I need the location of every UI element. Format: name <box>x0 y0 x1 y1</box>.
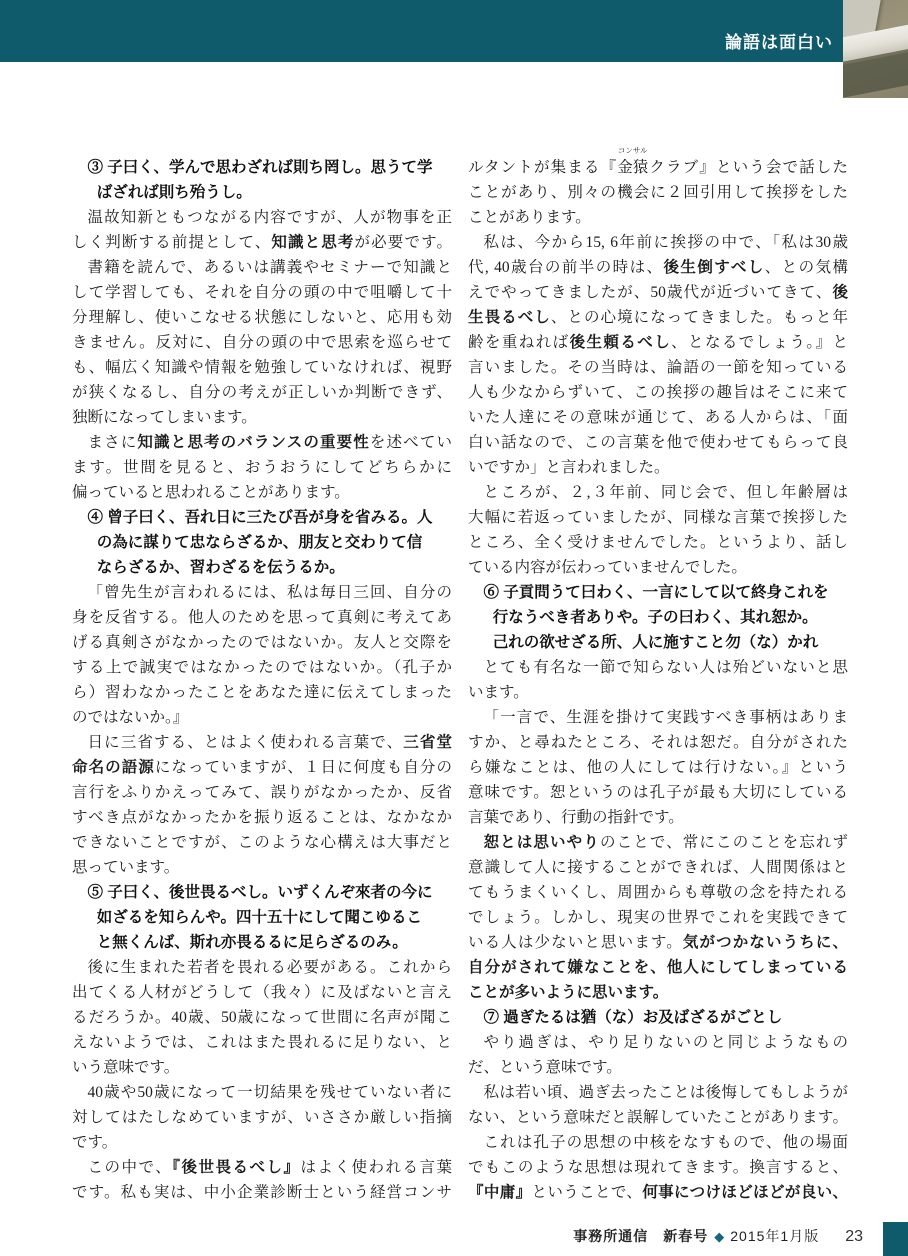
bold-text-segment: 気がつかないうちに、 <box>683 934 848 951</box>
text-segment: 思っています。 <box>72 859 179 876</box>
body-text-line: 出てくる人材がどうして（我々）に及ばないと言え <box>72 980 452 1005</box>
text-segment: 身を反省する。他人のためを思って真剣に考えてあ <box>72 609 452 626</box>
body-text-line: すか、と尋ねたところ、それは恕だ。自分がされた <box>468 730 848 755</box>
body-text-line: ルタントが集まる『コンサル金猿クラブ』という会で話した <box>468 155 848 180</box>
body-text-line: 「曾先生が言われるには、私は毎日三回、自分の <box>72 580 452 605</box>
body-text-line: でしょう。しかし、現実の世界でこれを実践できて <box>468 905 848 930</box>
body-text-line: しく判断する前提として、知識と思考が必要です。 <box>72 230 452 255</box>
text-segment: はよく使われる言葉 <box>300 1159 452 1176</box>
column-right: ルタントが集まる『コンサル金猿クラブ』という会で話したことがあり、別々の機会に２… <box>468 155 848 1205</box>
body-text-line: 40歳や50歳になって一切結果を残せていない者に <box>72 1080 452 1105</box>
body-text-line: これは孔子の思想の中核をなすもので、他の場面 <box>468 1130 848 1155</box>
text-segment: コンサル金猿 <box>617 155 648 180</box>
passage-heading-line: ばざれば則ち殆うし。 <box>72 180 452 205</box>
text-segment: きません。反対に、自分の頭の中で思索を巡らせて <box>72 334 452 351</box>
footer-publication: 事務所通信 新春号 <box>573 1226 708 1246</box>
body-text-line: いですか」と言われました。 <box>468 455 848 480</box>
body-text-line: 言葉であり、行動の指針です。 <box>468 805 848 830</box>
text-segment: 「一言で、生涯を掛けて実践すべき事柄はありま <box>484 709 849 726</box>
passage-heading-line: ④ 曾子曰く、吾れ日に三たび吾が身を省みる。人 <box>72 505 452 530</box>
text-segment: すべき点がなかったかを振り返ることは、なかなか <box>72 809 452 826</box>
body-text-line: ことが多いように思います。 <box>468 980 848 1005</box>
text-segment: 言行をふりかえってみて、誤りがなかったか、反省 <box>72 784 452 801</box>
bold-text-segment: 知識と思考 <box>271 234 354 251</box>
bold-text-segment: 命名の語源 <box>72 759 155 776</box>
text-segment: ⑦ 過ぎたるは猶（な）お及ばざるがごとし <box>484 1009 783 1026</box>
text-segment: ことがあります。 <box>468 209 591 226</box>
text-segment: ところが、２,３年前、同じ会で、但し年齢層は <box>484 484 849 501</box>
text-segment: 如ざるを知らんや。四十五十にして聞こゆるこ <box>97 909 422 926</box>
diamond-icon: ◆ <box>714 1229 724 1245</box>
text-segment: ③ 子曰く、学んで思わざれば則ち罔し。思うて学 <box>88 159 433 176</box>
text-segment: ことがあり、別々の機会に２回引用して挨拶をした <box>468 184 848 201</box>
body-text-line: ところ、全く受けませんでした。というより、話し <box>468 530 848 555</box>
text-segment: 独断になってしまいます。 <box>72 409 257 426</box>
footer-page-number: 23 <box>845 1228 863 1246</box>
text-segment: げる真剣さがなかったのではないか。友人と交際を <box>72 634 452 651</box>
passage-heading-line: ⑦ 過ぎたるは猶（な）お及ばざるがごとし <box>468 1005 848 1030</box>
text-segment: のことで、常にこのことを忘れず <box>600 834 848 851</box>
body-text-line: です。私も実は、中小企業診断士という経営コンサ <box>72 1180 452 1205</box>
bold-text-segment: 生畏るべし <box>468 309 551 326</box>
document-page: 論語は面白い ③ 子曰く、学んで思わざれば則ち罔し。思うて学ばざれば則ち殆うし。… <box>0 0 908 1256</box>
text-segment: 言葉であり、行動の指針です。 <box>468 809 684 826</box>
text-segment: ④ 曾子曰く、吾れ日に三たび吾が身を省みる。人 <box>88 509 433 526</box>
text-segment: 代, 40歳台の前半の時は、 <box>468 259 663 276</box>
body-text-line: やり過ぎは、やり足りないのと同じようなもの <box>468 1030 848 1055</box>
text-segment: えないようでは、これはまた畏れるに足りない、と <box>72 1034 452 1051</box>
column-left: ③ 子曰く、学んで思わざれば則ち罔し。思うて学ばざれば則ち殆うし。温故知新ともつ… <box>72 155 452 1205</box>
text-segment: えでやってきましたが、50歳代が近づいてきて、 <box>468 284 832 301</box>
bold-text-segment: 後生頼るべし <box>570 334 672 351</box>
text-segment: すか、と尋ねたところ、それは恕だ。自分がされた <box>468 734 848 751</box>
body-text-line: だ、という意味です。 <box>468 1055 848 1080</box>
body-text-line: ない、という意味だと誤解していたことがあります。 <box>468 1105 848 1130</box>
body-text-line: ら嫌なことは、他の人にしては行けない。』という <box>468 755 848 780</box>
text-segment: が必要です。 <box>355 234 452 251</box>
text-segment: です。 <box>72 1134 117 1151</box>
body-text-line: います。 <box>468 680 848 705</box>
body-text-line: えでやってきましたが、50歳代が近づいてきて、後 <box>468 280 848 305</box>
text-segment: 行なうべき者ありや。子の曰わく、其れ恕か。 <box>493 609 818 626</box>
text-segment: クラブ』という会で話した <box>648 159 848 176</box>
text-segment: 言いました。その当時は、論語の一節を知っている <box>468 359 848 376</box>
ruby-text: コンサル <box>618 147 648 155</box>
body-text-line: 言行をふりかえってみて、誤りがなかったか、反省 <box>72 780 452 805</box>
body-text-line: 命名の語源になっていますが、１日に何度も自分の <box>72 755 452 780</box>
bold-text-segment: 何事につけほどほどが良い、 <box>642 1184 848 1201</box>
text-segment: 意味です。恕というのは孔子が最も大切にしている <box>468 784 848 801</box>
body-text-line: ている内容が伝わっていませんでした。 <box>468 555 848 580</box>
text-segment: ない、という意味だと誤解していたことがあります。 <box>468 1109 848 1126</box>
body-text-line: すべき点がなかったかを振り返ることは、なかなか <box>72 805 452 830</box>
body-text-line: 対してはたしなめていますが、いささか厳しい指摘 <box>72 1105 452 1130</box>
text-segment: でしょう。しかし、現実の世界でこれを実践できて <box>468 909 848 926</box>
text-segment: 白い話なので、この言葉を他で使わせてもらって良 <box>468 434 848 451</box>
body-text-line: 私は、今から15, 6年前に挨拶の中で、「私は30歳 <box>468 230 848 255</box>
bold-text-segment: 知識と思考のバランスの重要性 <box>137 434 369 451</box>
text-segment: いう意味です。 <box>72 1059 179 1076</box>
text-segment: 私は若い頃、過ぎ去ったことは後悔してもしようが <box>484 1084 849 1101</box>
text-segment: 「曾先生が言われるには、私は毎日三回、自分の <box>88 584 453 601</box>
body-text-line: 後に生まれた若者を畏れる必要がある。これから <box>72 955 452 980</box>
body-text-line: できないことですが、このような心構えは大事だと <box>72 830 452 855</box>
text-segment: です。私も実は、中小企業診断士という経営コンサ <box>72 1184 452 1201</box>
text-segment: のではないか。』 <box>72 709 188 726</box>
books-photo <box>843 0 908 98</box>
text-segment: 日に三省する、とはよく使われる言葉で、 <box>88 734 404 751</box>
body-text-line: いう意味です。 <box>72 1055 452 1080</box>
header-bar: 論語は面白い <box>0 0 843 62</box>
text-segment: でもこのような思想は現れてきます。換言すると、 <box>468 1159 848 1176</box>
body-text-line: 日に三省する、とはよく使われる言葉で、三省堂 <box>72 730 452 755</box>
footer-edition: 2015年1月版 <box>730 1226 819 1246</box>
body-text-line: えないようでは、これはまた畏れるに足りない、と <box>72 1030 452 1055</box>
text-segment: 40歳や50歳になって一切結果を残せていない者に <box>88 1084 453 1101</box>
body-text-line: この中で、『後世畏るべし』はよく使われる言葉 <box>72 1155 452 1180</box>
bold-text-segment: 後生倒すべし <box>663 259 764 276</box>
page-header-title: 論語は面白い <box>725 28 833 53</box>
body-text-line: げる真剣さがなかったのではないか。友人と交際を <box>72 630 452 655</box>
text-segment: しく判断する前提として、 <box>72 234 271 251</box>
text-segment: 私は、今から15, 6年前に挨拶の中で、「私は30歳 <box>484 234 849 251</box>
body-text-line: ら）習わなかったことをあなた達に伝えてしまった <box>72 680 452 705</box>
passage-heading-line: の為に謀りて忠ならざるか、朋友と交わりて信 <box>72 530 452 555</box>
passage-heading-line: ⑤ 子曰く、後世畏るべし。いずくんぞ來者の今に <box>72 880 452 905</box>
passage-heading-line: ⑥ 子貢問うて曰わく、一言にして以て終身これを <box>468 580 848 605</box>
body-text-line: 『中庸』ということで、何事につけほどほどが良い、 <box>468 1180 848 1205</box>
text-segment: ら）習わなかったことをあなた達に伝えてしまった <box>72 684 452 701</box>
text-segment: てもうまくいくし、周囲からも尊敬の念を持たれる <box>468 884 848 901</box>
text-segment: を述べてい <box>370 434 452 451</box>
body-text-line: いた人達にその意味が通じて、ある人からは、「面 <box>468 405 848 430</box>
text-segment: ます。世間を見ると、おうおうにしてどちらかに <box>72 459 452 476</box>
text-segment: 意識して人に接することができれば、人間関係はと <box>468 859 848 876</box>
text-segment: 偏っていると思われることがあります。 <box>72 484 350 501</box>
body-text-line: とても有名な一節で知らない人は殆どいないと思 <box>468 655 848 680</box>
text-segment: も、幅広く知識や情報を勉強していなければ、視野 <box>72 359 452 376</box>
passage-heading-line: 己れの欲せざる所、人に施すこと勿（な）かれ <box>468 630 848 655</box>
body-text-line: きません。反対に、自分の頭の中で思索を巡らせて <box>72 330 452 355</box>
text-segment: 書籍を読んで、あるいは講義やセミナーで知識と <box>88 259 453 276</box>
text-segment: 、との心境になってきました。もっと年 <box>551 309 848 326</box>
body-text-line: ことがあり、別々の機会に２回引用して挨拶をした <box>468 180 848 205</box>
bold-text-segment: 後 <box>832 284 848 301</box>
body-text-line: 思っています。 <box>72 855 452 880</box>
text-segment: るだろうか。40歳、50歳になって世間に名声が聞こ <box>72 1009 452 1026</box>
body-text-line: が狭くなるし、自分の考えが正しいか判断できず、 <box>72 380 452 405</box>
body-text-line: 「一言で、生涯を掛けて実践すべき事柄はありま <box>468 705 848 730</box>
body-text-line: 私は若い頃、過ぎ去ったことは後悔してもしようが <box>468 1080 848 1105</box>
text-segment: いた人達にその意味が通じて、ある人からは、「面 <box>468 409 848 426</box>
text-segment: 人も少なからずいて、この挨拶の趣旨はそこに来て <box>468 384 848 401</box>
bold-text-segment: 恕とは思いやり <box>484 834 600 851</box>
body-text-line: 分理解し、使いこなせる状態にしないと、応用も効 <box>72 305 452 330</box>
footer-accent-block <box>883 1222 908 1256</box>
body-text-line: 白い話なので、この言葉を他で使わせてもらって良 <box>468 430 848 455</box>
body-text-line: 独断になってしまいます。 <box>72 405 452 430</box>
text-segment: ところ、全く受けませんでした。というより、話し <box>468 534 848 551</box>
text-segment: やり過ぎは、やり足りないのと同じようなもの <box>484 1034 849 1051</box>
text-segment: ら嫌なことは、他の人にしては行けない。』という <box>468 759 848 776</box>
body-text-line: する上で誠実ではなかったのではないか。（孔子か <box>72 655 452 680</box>
bold-text-segment: 『後世畏るべし』 <box>172 1159 300 1176</box>
text-segment: まさに <box>88 434 138 451</box>
passage-heading-line: 行なうべき者ありや。子の曰わく、其れ恕か。 <box>468 605 848 630</box>
body-text-line: てもうまくいくし、周囲からも尊敬の念を持たれる <box>468 880 848 905</box>
text-segment: だ、という意味です。 <box>468 1059 622 1076</box>
text-segment: 後に生まれた若者を畏れる必要がある。これから <box>88 959 453 976</box>
passage-heading-line: と無くんば、斯れ亦畏るるに足らざるのみ。 <box>72 930 452 955</box>
text-segment: できないことですが、このような心構えは大事だと <box>72 834 452 851</box>
bold-text-segment: 自分がされて嫌なことを、他人にしてしまっている <box>468 959 848 976</box>
text-segment: 大幅に若返っていましたが、同様な言葉で挨拶した <box>468 509 848 526</box>
body-text-line: ます。世間を見ると、おうおうにしてどちらかに <box>72 455 452 480</box>
body-text-line: 温故知新ともつながる内容ですが、人が物事を正 <box>72 205 452 230</box>
text-segment: 温故知新ともつながる内容ですが、人が物事を正 <box>88 209 453 226</box>
footer: 事務所通信 新春号 ◆ 2015年1月版 23 <box>573 1226 863 1246</box>
text-segment: とても有名な一節で知らない人は殆どいないと思 <box>484 659 849 676</box>
text-segment: いですか」と言われました。 <box>468 459 670 476</box>
passage-heading-line: 如ざるを知らんや。四十五十にして聞こゆるこ <box>72 905 452 930</box>
body-text-line: 意識して人に接することができれば、人間関係はと <box>468 855 848 880</box>
body-text-line: ところが、２,３年前、同じ会で、但し年齢層は <box>468 480 848 505</box>
body-text-line: 齢を重ねれば後生頼るべし、となるでしょう。』と <box>468 330 848 355</box>
body-text-line: 生畏るべし、との心境になってきました。もっと年 <box>468 305 848 330</box>
text-segment: 出てくる人材がどうして（我々）に及ばないと言え <box>72 984 452 1001</box>
text-segment: と無くんば、斯れ亦畏るるに足らざるのみ。 <box>97 934 408 951</box>
body-text-line: ことがあります。 <box>468 205 848 230</box>
text-segment: これは孔子の思想の中核をなすもので、他の場面 <box>484 1134 849 1151</box>
passage-heading-line: ならざるか、習わざるを伝うるか。 <box>72 555 452 580</box>
text-segment: 対してはたしなめていますが、いささか厳しい指摘 <box>72 1109 452 1126</box>
body-text-line: 身を反省する。他人のためを思って真剣に考えてあ <box>72 605 452 630</box>
text-segment: いる人は少ないと思います。 <box>468 934 683 951</box>
body-text-line: 書籍を読んで、あるいは講義やセミナーで知識と <box>72 255 452 280</box>
text-segment: 己れの欲せざる所、人に施すこと勿（な）かれ <box>493 634 819 651</box>
body-text-line: して学習しても、それを自分の頭の中で咀嚼して十 <box>72 280 452 305</box>
text-segment: になっていますが、１日に何度も自分の <box>155 759 452 776</box>
body-text-line: 意味です。恕というのは孔子が最も大切にしている <box>468 780 848 805</box>
body-text-line: です。 <box>72 1130 452 1155</box>
body-text-line: 偏っていると思われることがあります。 <box>72 480 452 505</box>
body-text-line: 自分がされて嫌なことを、他人にしてしまっている <box>468 955 848 980</box>
text-segment: ということで、 <box>532 1184 643 1201</box>
text-segment: ている内容が伝わっていませんでした。 <box>468 559 747 576</box>
bold-text-segment: ことが多いように思います。 <box>468 984 668 1001</box>
text-segment: する上で誠実ではなかったのではないか。（孔子か <box>72 659 452 676</box>
text-segment: して学習しても、それを自分の頭の中で咀嚼して十 <box>72 284 452 301</box>
passage-heading-line: ③ 子曰く、学んで思わざれば則ち罔し。思うて学 <box>72 155 452 180</box>
text-segment: ⑤ 子曰く、後世畏るべし。いずくんぞ來者の今に <box>88 884 433 901</box>
text-segment: ルタントが集まる『 <box>468 159 617 176</box>
text-segment: 齢を重ねれば <box>468 334 570 351</box>
text-segment: います。 <box>468 684 529 701</box>
body-text-line: 大幅に若返っていましたが、同様な言葉で挨拶した <box>468 505 848 530</box>
text-segment: 分理解し、使いこなせる状態にしないと、応用も効 <box>72 309 452 326</box>
text-segment: この中で、 <box>88 1159 173 1176</box>
text-segment: が狭くなるし、自分の考えが正しいか判断できず、 <box>72 384 452 401</box>
text-segment: 、となるでしょう。』と <box>671 334 848 351</box>
text-segment: ならざるか、習わざるを伝うるか。 <box>97 559 345 576</box>
body-text-line: も、幅広く知識や情報を勉強していなければ、視野 <box>72 355 452 380</box>
text-segment: ばざれば則ち殆うし。 <box>97 184 252 201</box>
bold-text-segment: 『中庸』 <box>468 1184 532 1201</box>
body-text-line: まさに知識と思考のバランスの重要性を述べてい <box>72 430 452 455</box>
body-text-line: 恕とは思いやりのことで、常にこのことを忘れず <box>468 830 848 855</box>
body-text-line: でもこのような思想は現れてきます。換言すると、 <box>468 1155 848 1180</box>
text-segment: ⑥ 子貢問うて曰わく、一言にして以て終身これを <box>484 584 829 601</box>
body-text-line: 人も少なからずいて、この挨拶の趣旨はそこに来て <box>468 380 848 405</box>
text-segment: 、との気構 <box>765 259 848 276</box>
bold-text-segment: 三省堂 <box>403 734 452 751</box>
text-segment: の為に謀りて忠ならざるか、朋友と交わりて信 <box>97 534 423 551</box>
body-text-line: いる人は少ないと思います。気がつかないうちに、 <box>468 930 848 955</box>
body-text-line: 言いました。その当時は、論語の一節を知っている <box>468 355 848 380</box>
body-text-line: のではないか。』 <box>72 705 452 730</box>
body-text-line: 代, 40歳台の前半の時は、後生倒すべし、との気構 <box>468 255 848 280</box>
body-text-line: るだろうか。40歳、50歳になって世間に名声が聞こ <box>72 1005 452 1030</box>
